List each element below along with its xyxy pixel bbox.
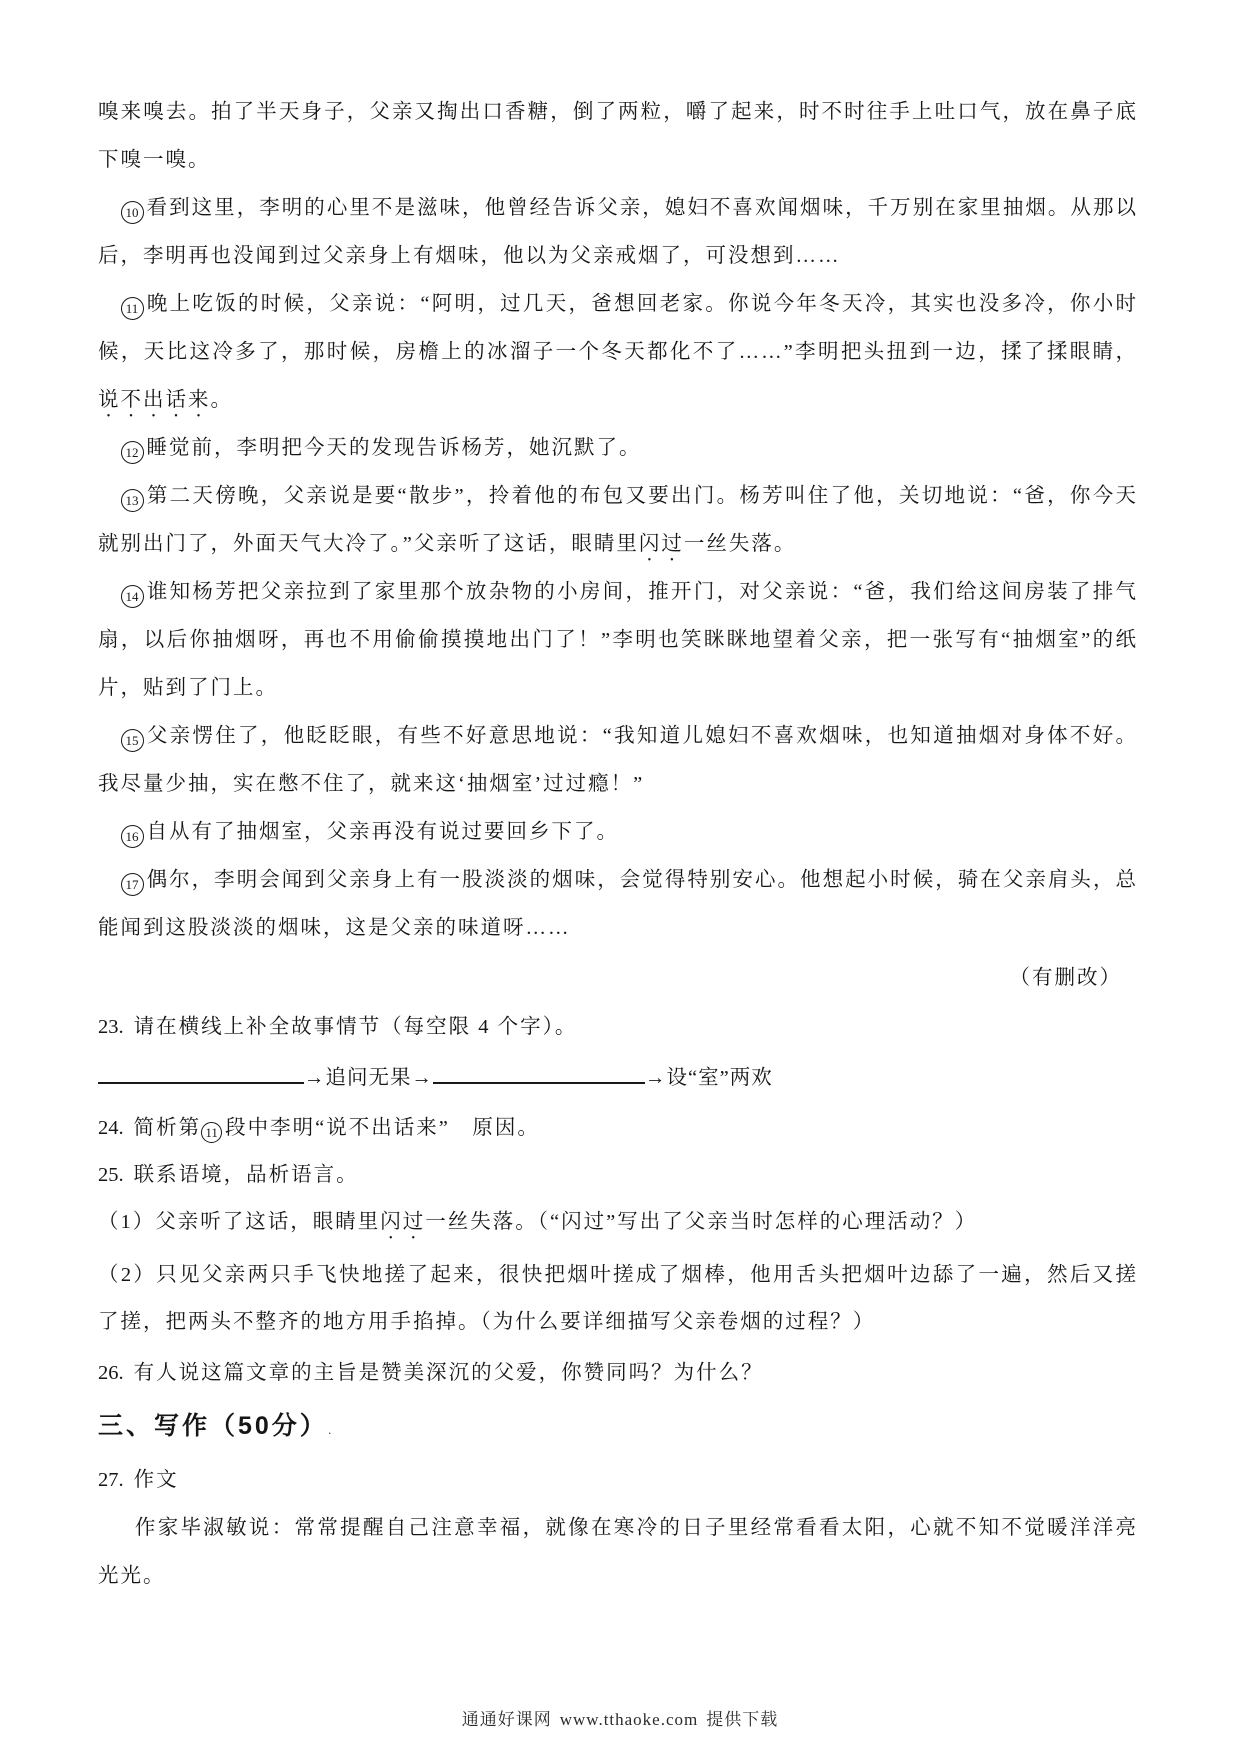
section-heading: 三、写作（50分）. bbox=[98, 1399, 1138, 1457]
exam-page: 嗅来嗅去。拍了半天身子，父亲又掏出口香糖，倒了两粒，嚼了起来，时不时往手上吐口气… bbox=[0, 0, 1240, 1600]
question-text: 联系语境，品析语言。 bbox=[134, 1164, 359, 1186]
question-text: 一丝失落。（“闪过”写出了父亲当时怎样的心理活动？） bbox=[425, 1211, 977, 1233]
paragraph-number-badge: 13 bbox=[121, 489, 144, 512]
writing-section: 三、写作（50分）. 27.作文 作家毕淑敏说：常常提醒自己注意幸福，就像在寒冷… bbox=[98, 1399, 1138, 1600]
paragraph-number: 13 bbox=[126, 494, 139, 507]
footer-url: www.tthaoke.com bbox=[560, 1710, 699, 1729]
passage-paragraph: 11晚上吃饭的时候，父亲说：“阿明，过几天，爸想回老家。你说今年冬天冷，其实也没… bbox=[98, 280, 1138, 424]
question-number: 27. bbox=[98, 1469, 124, 1491]
question-25: 25.联系语境，品析语言。 bbox=[98, 1152, 1138, 1199]
emphasized-text: 闪过 bbox=[639, 533, 684, 555]
question-23-fill-line: →追问无果→→设“室”两欢 bbox=[98, 1051, 1138, 1105]
paragraph-number-badge: 10 bbox=[121, 201, 144, 224]
reading-passage: 嗅来嗅去。拍了半天身子，父亲又掏出口香糖，倒了两粒，嚼了起来，时不时往手上吐口气… bbox=[98, 88, 1138, 1004]
answer-blank bbox=[98, 1063, 304, 1084]
question-number: 26. bbox=[98, 1362, 124, 1384]
passage-paragraph: 13第二天傍晚，父亲说是要“散步”，拎着他的布包又要出门。杨芳叫住了他，关切地说… bbox=[98, 472, 1138, 568]
question-27: 27.作文 bbox=[98, 1457, 1138, 1504]
plot-step-label: →追问无果→ bbox=[304, 1067, 433, 1089]
question-text: 有人说这篇文章的主旨是赞美深沉的父爱，你赞同吗？为什么？ bbox=[134, 1362, 764, 1384]
paragraph-number: 10 bbox=[126, 206, 139, 219]
question-text: （2）只见父亲两只手飞快地搓了起来，很快把烟叶搓成了烟棒，他用舌头把烟叶边舔了一… bbox=[98, 1264, 1138, 1333]
emphasized-text: 说不出话来 bbox=[98, 389, 211, 411]
paragraph-text: 嗅来嗅去。拍了半天身子，父亲又掏出口香糖，倒了两粒，嚼了起来，时不时往手上吐口气… bbox=[98, 101, 1138, 171]
passage-paragraph: 14谁知杨芳把父亲拉到了家里那个放杂物的小房间，推开门，对父亲说：“爸，我们给这… bbox=[98, 568, 1138, 712]
question-26: 26.有人说这篇文章的主旨是赞美深沉的父爱，你赞同吗？为什么？ bbox=[98, 1350, 1138, 1397]
paragraph-text: 。 bbox=[211, 389, 234, 411]
paragraph-text: 晚上吃饭的时候，父亲说：“阿明，过几天，爸想回老家。你说今年冬天冷，其实也没多冷… bbox=[98, 293, 1138, 363]
questions-section: 23.请在横线上补全故事情节（每空限 4 个字）。 →追问无果→→设“室”两欢 … bbox=[98, 1004, 1138, 1397]
paragraph-number: 11 bbox=[126, 302, 139, 315]
source-note: （有删改） bbox=[98, 952, 1138, 1004]
question-text: 作文 bbox=[134, 1469, 179, 1491]
paragraph-number-badge: 15 bbox=[121, 729, 144, 752]
paragraph-number-badge: 17 bbox=[121, 873, 144, 896]
paragraph-number-badge: 11 bbox=[201, 1122, 222, 1143]
question-text: （1）父亲听了这话，眼睛里 bbox=[98, 1211, 380, 1233]
answer-blank bbox=[433, 1063, 645, 1084]
paragraph-number-badge: 12 bbox=[121, 441, 144, 464]
paragraph-text: 看到这里，李明的心里不是滋味，他曾经告诉父亲，媳妇不喜欢闻烟味，千万别在家里抽烟… bbox=[98, 197, 1138, 267]
paragraph-number-badge: 11 bbox=[121, 297, 144, 320]
paragraph-number: 11 bbox=[205, 1126, 218, 1139]
passage-paragraph: 16自从有了抽烟室，父亲再没有说过要回乡下了。 bbox=[98, 808, 1138, 856]
passage-paragraph: 10看到这里，李明的心里不是滋味，他曾经告诉父亲，媳妇不喜欢闻烟味，千万别在家里… bbox=[98, 184, 1138, 280]
passage-paragraph: 15父亲愣住了，他眨眨眼，有些不好意思地说：“我知道儿媳妇不喜欢烟味，也知道抽烟… bbox=[98, 712, 1138, 808]
paragraph-number: 17 bbox=[126, 878, 139, 891]
paragraph-number-badge: 14 bbox=[121, 585, 144, 608]
paragraph-number-badge: 16 bbox=[121, 825, 144, 848]
paragraph-text: 偶尔，李明会闻到父亲身上有一股淡淡的烟味，会觉得特别安心。他想起小时候，骑在父亲… bbox=[98, 869, 1138, 939]
footer-suffix: 提供下载 bbox=[706, 1710, 778, 1729]
paragraph-text: 谁知杨芳把父亲拉到了家里那个放杂物的小房间，推开门，对父亲说：“爸，我们给这间房… bbox=[98, 581, 1138, 699]
paragraph-number: 15 bbox=[126, 734, 139, 747]
paragraph-text: 父亲愣住了，他眨眨眼，有些不好意思地说：“我知道儿媳妇不喜欢烟味，也知道抽烟对身… bbox=[98, 725, 1138, 795]
question-25-sub2: （2）只见父亲两只手飞快地搓了起来，很快把烟叶搓成了烟棒，他用舌头把烟叶边舔了一… bbox=[98, 1252, 1138, 1346]
question-24: 24.简析第11段中李明“说不出话来” 原因。 bbox=[98, 1105, 1138, 1152]
question-text: 请在横线上补全故事情节（每空限 4 个字）。 bbox=[134, 1016, 578, 1038]
footer-site-name: 通通好课网 bbox=[462, 1710, 552, 1729]
paragraph-number: 16 bbox=[126, 830, 139, 843]
question-23: 23.请在横线上补全故事情节（每空限 4 个字）。 bbox=[98, 1004, 1138, 1051]
paragraph-text: 一丝失落。 bbox=[684, 533, 797, 555]
question-number: 24. bbox=[98, 1117, 124, 1139]
paragraph-number: 12 bbox=[126, 446, 139, 459]
passage-paragraph: 嗅来嗅去。拍了半天身子，父亲又掏出口香糖，倒了两粒，嚼了起来，时不时往手上吐口气… bbox=[98, 88, 1138, 184]
question-number: 25. bbox=[98, 1164, 124, 1186]
paragraph-text: 自从有了抽烟室，父亲再没有说过要回乡下了。 bbox=[147, 821, 620, 843]
paragraph-text: 第二天傍晚，父亲说是要“散步”，拎着他的布包又要出门。杨芳叫住了他，关切地说：“… bbox=[98, 485, 1138, 555]
question-25-sub1: （1）父亲听了这话，眼睛里闪过一丝失落。（“闪过”写出了父亲当时怎样的心理活动？… bbox=[98, 1199, 1138, 1246]
question-number: 23. bbox=[98, 1016, 124, 1038]
emphasized-text: 闪过 bbox=[380, 1211, 425, 1233]
page-footer: 通通好课网www.tthaoke.com提供下载 bbox=[0, 1705, 1240, 1730]
question-text: 段中李明“说不出话来” 原因。 bbox=[225, 1117, 540, 1139]
paragraph-text: 睡觉前，李明把今天的发现告诉杨芳，她沉默了。 bbox=[147, 437, 642, 459]
question-text: 简析第 bbox=[134, 1117, 202, 1139]
passage-paragraph: 12睡觉前，李明把今天的发现告诉杨芳，她沉默了。 bbox=[98, 424, 1138, 472]
paragraph-number: 14 bbox=[126, 590, 139, 603]
essay-prompt: 作家毕淑敏说：常常提醒自己注意幸福，就像在寒冷的日子里经常看看太阳，心就不知不觉… bbox=[98, 1504, 1138, 1600]
plot-step-label: →设“室”两欢 bbox=[645, 1067, 773, 1089]
heading-stray-period: . bbox=[328, 1422, 332, 1437]
section-heading-text: 三、写作（50分） bbox=[98, 1412, 328, 1440]
passage-paragraph: 17偶尔，李明会闻到父亲身上有一股淡淡的烟味，会觉得特别安心。他想起小时候，骑在… bbox=[98, 856, 1138, 952]
